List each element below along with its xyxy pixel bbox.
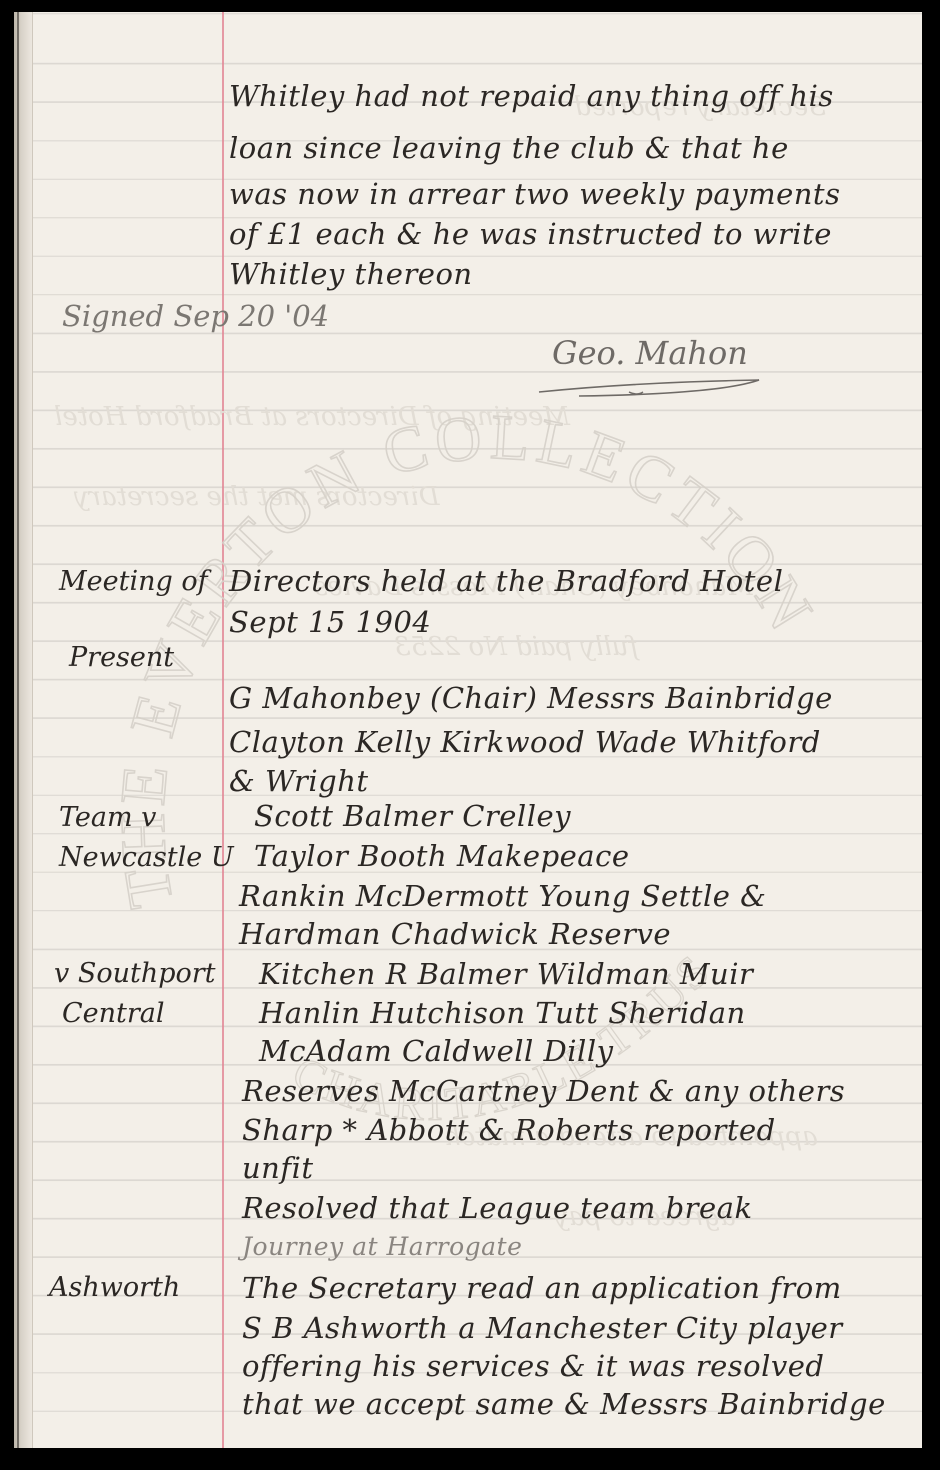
- text-line: was now in arrear two weekly payments: [229, 180, 840, 209]
- margin-label-ashworth: Ashworth: [49, 1274, 180, 1301]
- resolution-line: Resolved that League team break: [242, 1194, 753, 1223]
- signature: Geo. Mahon: [552, 334, 748, 372]
- margin-label-opponent-cont: Central: [62, 1000, 165, 1027]
- resolution-line: Journey at Harrogate: [242, 1234, 522, 1259]
- margin-label-present: Present: [69, 644, 174, 671]
- margin-label-opponent: Newcastle U: [59, 844, 234, 871]
- margin-label-opponent: v Southport: [54, 960, 216, 987]
- text-line: of £1 each & he was instructed to write: [229, 220, 832, 249]
- text-line: The Secretary read an application from: [242, 1274, 842, 1303]
- text-line: offering his services & it was resolved: [242, 1352, 824, 1381]
- bleed-through-text: Directors met the secretary: [74, 482, 439, 512]
- bleed-through-text: Meeting of Directors at Bradford Hotel: [54, 402, 570, 432]
- text-line: S B Ashworth a Manchester City player: [242, 1314, 843, 1343]
- team-line: McAdam Caldwell Dilly: [259, 1037, 613, 1066]
- text-line: Whitley thereon: [229, 260, 473, 289]
- margin-label-team: Team v: [59, 804, 156, 831]
- margin-rule: [222, 12, 224, 1448]
- meeting-title-line: Directors held at the Bradford Hotel: [229, 567, 783, 596]
- team-line: Taylor Booth Makepeace: [254, 842, 630, 871]
- text-line: that we accept same & Messrs Bainbridge: [242, 1390, 886, 1419]
- attendees-line: G Mahonbey (Chair) Messrs Bainbridge: [229, 684, 833, 713]
- text-line: loan since leaving the club & that he: [229, 134, 789, 163]
- ledger-page: Secretary reported Meeting of Directors …: [14, 12, 922, 1448]
- page-gutter: [14, 12, 33, 1448]
- team-line: Scott Balmer Crelley: [254, 802, 571, 831]
- binding-edge: [17, 12, 19, 1448]
- text-line: unfit: [242, 1154, 314, 1183]
- team-line: Hardman Chadwick Reserve: [239, 920, 671, 949]
- team-line: Rankin McDermott Young Settle &: [239, 882, 766, 911]
- reserves-line: Reserves McCartney Dent & any others: [242, 1077, 845, 1106]
- meeting-date: Sept 15 1904: [229, 608, 431, 637]
- attendees-line: & Wright: [229, 767, 369, 796]
- margin-label-meeting: Meeting of: [59, 568, 208, 595]
- attendees-line: Clayton Kelly Kirkwood Wade Whitford: [229, 728, 821, 757]
- text-line: Whitley had not repaid any thing off his: [229, 82, 834, 111]
- text-line: Sharp * Abbott & Roberts reported: [242, 1116, 776, 1145]
- signature-flourish: [519, 372, 769, 432]
- watermark-arc-text: THE EVERTON COLLECTION: [106, 401, 829, 913]
- team-line: Hanlin Hutchison Tutt Sheridan: [259, 999, 746, 1028]
- team-line: Kitchen R Balmer Wildman Muir: [259, 960, 753, 989]
- signed-date: Signed Sep 20 '04: [62, 302, 329, 331]
